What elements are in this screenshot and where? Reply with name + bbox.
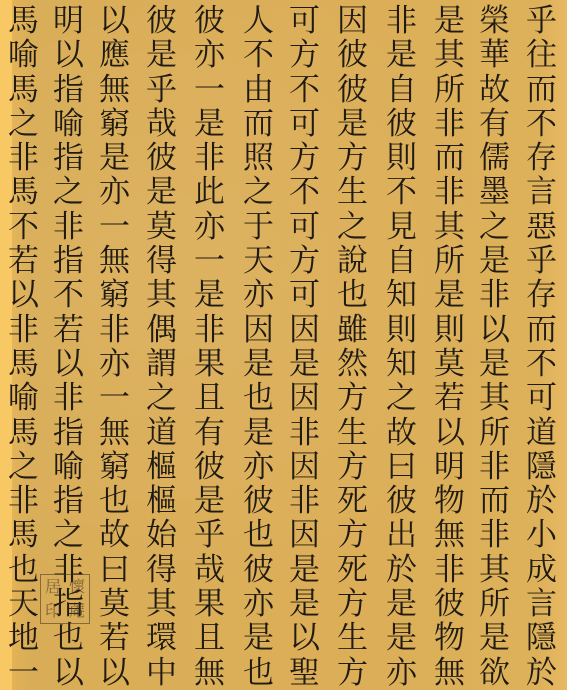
glyph: 說 bbox=[337, 244, 368, 278]
glyph: 以 bbox=[99, 4, 130, 38]
glyph: 有 bbox=[194, 416, 225, 450]
glyph: 亦 bbox=[386, 656, 417, 690]
glyph: 以 bbox=[99, 656, 130, 690]
glyph: 不 bbox=[526, 107, 557, 141]
glyph: 可 bbox=[526, 381, 557, 415]
glyph: 是 bbox=[386, 621, 417, 655]
glyph: 所 bbox=[479, 587, 510, 621]
glyph: 一 bbox=[99, 381, 130, 415]
glyph: 也 bbox=[243, 518, 274, 552]
glyph: 聖 bbox=[289, 656, 320, 690]
glyph: 明 bbox=[53, 4, 84, 38]
glyph: 彼 bbox=[337, 73, 368, 107]
glyph: 故 bbox=[386, 416, 417, 450]
glyph: 樞 bbox=[146, 450, 177, 484]
glyph: 無 bbox=[99, 416, 130, 450]
glyph: 窮 bbox=[99, 278, 130, 312]
glyph: 是 bbox=[386, 587, 417, 621]
glyph: 生 bbox=[337, 621, 368, 655]
glyph: 莫 bbox=[146, 210, 177, 244]
glyph: 故 bbox=[479, 73, 510, 107]
glyph: 非 bbox=[479, 518, 510, 552]
glyph: 所 bbox=[479, 416, 510, 450]
glyph: 而 bbox=[526, 313, 557, 347]
glyph: 知 bbox=[386, 347, 417, 381]
glyph: 是 bbox=[194, 107, 225, 141]
glyph: 知 bbox=[386, 278, 417, 312]
glyph: 樞 bbox=[146, 484, 177, 518]
glyph: 其 bbox=[146, 278, 177, 312]
glyph: 謂 bbox=[146, 347, 177, 381]
glyph: 乎 bbox=[146, 73, 177, 107]
glyph: 馬 bbox=[8, 416, 39, 450]
glyph: 非 bbox=[434, 107, 465, 141]
glyph: 之 bbox=[8, 107, 39, 141]
glyph: 非 bbox=[386, 4, 417, 38]
glyph: 是 bbox=[479, 621, 510, 655]
glyph: 於 bbox=[526, 484, 557, 518]
glyph: 照 bbox=[243, 141, 274, 175]
glyph: 且 bbox=[194, 621, 225, 655]
glyph: 喻 bbox=[53, 450, 84, 484]
glyph: 人 bbox=[243, 4, 274, 38]
text-column: 馬喻馬之非馬不若以非馬喻馬之非馬也天地一 bbox=[8, 4, 39, 690]
glyph: 不 bbox=[386, 175, 417, 209]
glyph: 非 bbox=[434, 175, 465, 209]
glyph: 非 bbox=[194, 141, 225, 175]
glyph: 是 bbox=[289, 347, 320, 381]
glyph: 隱 bbox=[526, 450, 557, 484]
glyph: 彼 bbox=[434, 587, 465, 621]
glyph: 非 bbox=[479, 278, 510, 312]
glyph: 非 bbox=[194, 313, 225, 347]
glyph: 馬 bbox=[8, 175, 39, 209]
glyph: 不 bbox=[526, 347, 557, 381]
glyph: 以 bbox=[53, 38, 84, 72]
glyph: 是 bbox=[386, 38, 417, 72]
glyph: 應 bbox=[99, 38, 130, 72]
glyph: 無 bbox=[434, 656, 465, 690]
glyph: 乎 bbox=[194, 518, 225, 552]
glyph: 因 bbox=[243, 313, 274, 347]
glyph: 窮 bbox=[99, 450, 130, 484]
glyph: 有 bbox=[479, 107, 510, 141]
seal-char: 蓭 bbox=[65, 599, 89, 623]
glyph: 是 bbox=[146, 38, 177, 72]
glyph: 非 bbox=[289, 484, 320, 518]
text-column: 因彼彼是方生之說也雖然方生方死方死方生方 bbox=[337, 4, 368, 690]
glyph: 之 bbox=[337, 210, 368, 244]
glyph: 因 bbox=[289, 381, 320, 415]
glyph: 生 bbox=[337, 175, 368, 209]
glyph: 莫 bbox=[434, 347, 465, 381]
glyph: 馬 bbox=[8, 4, 39, 38]
glyph: 方 bbox=[337, 587, 368, 621]
glyph: 是 bbox=[194, 484, 225, 518]
glyph: 若 bbox=[8, 244, 39, 278]
glyph: 以 bbox=[479, 313, 510, 347]
glyph: 哉 bbox=[194, 553, 225, 587]
glyph: 果 bbox=[194, 347, 225, 381]
glyph: 以 bbox=[434, 416, 465, 450]
glyph: 馬 bbox=[8, 73, 39, 107]
glyph: 所 bbox=[434, 73, 465, 107]
glyph: 彼 bbox=[386, 484, 417, 518]
glyph: 成 bbox=[526, 553, 557, 587]
glyph: 不 bbox=[243, 38, 274, 72]
glyph: 其 bbox=[434, 210, 465, 244]
glyph: 之 bbox=[146, 381, 177, 415]
glyph: 亦 bbox=[243, 450, 274, 484]
glyph: 無 bbox=[434, 518, 465, 552]
glyph: 若 bbox=[53, 313, 84, 347]
glyph: 不 bbox=[8, 210, 39, 244]
glyph: 亦 bbox=[194, 210, 225, 244]
glyph: 一 bbox=[194, 244, 225, 278]
glyph: 之 bbox=[386, 381, 417, 415]
glyph: 非 bbox=[289, 416, 320, 450]
glyph: 一 bbox=[194, 73, 225, 107]
glyph: 之 bbox=[53, 175, 84, 209]
glyph: 若 bbox=[99, 621, 130, 655]
glyph: 於 bbox=[386, 553, 417, 587]
glyph: 環 bbox=[146, 621, 177, 655]
glyph: 是 bbox=[243, 621, 274, 655]
glyph: 其 bbox=[146, 587, 177, 621]
glyph: 死 bbox=[337, 553, 368, 587]
glyph: 窮 bbox=[99, 107, 130, 141]
glyph: 所 bbox=[434, 244, 465, 278]
glyph: 道 bbox=[146, 416, 177, 450]
glyph: 明 bbox=[434, 450, 465, 484]
glyph: 自 bbox=[386, 244, 417, 278]
glyph: 彼 bbox=[243, 484, 274, 518]
glyph: 死 bbox=[337, 484, 368, 518]
glyph: 非 bbox=[434, 553, 465, 587]
glyph: 存 bbox=[526, 278, 557, 312]
glyph: 方 bbox=[289, 244, 320, 278]
glyph: 也 bbox=[99, 484, 130, 518]
glyph: 是 bbox=[146, 175, 177, 209]
glyph: 于 bbox=[243, 210, 274, 244]
glyph: 中 bbox=[146, 656, 177, 690]
glyph: 出 bbox=[386, 518, 417, 552]
glyph: 雖 bbox=[337, 313, 368, 347]
text-column: 是其所非而非其所是則莫若以明物無非彼物無 bbox=[434, 4, 465, 690]
glyph: 物 bbox=[434, 484, 465, 518]
glyph: 得 bbox=[146, 244, 177, 278]
glyph: 乎 bbox=[526, 4, 557, 38]
glyph: 非 bbox=[8, 484, 39, 518]
glyph: 亦 bbox=[243, 278, 274, 312]
glyph: 亦 bbox=[243, 587, 274, 621]
glyph: 生 bbox=[337, 416, 368, 450]
glyph: 而 bbox=[479, 484, 510, 518]
glyph: 是 bbox=[479, 244, 510, 278]
glyph: 亦 bbox=[99, 175, 130, 209]
glyph: 其 bbox=[434, 38, 465, 72]
glyph: 方 bbox=[289, 38, 320, 72]
glyph: 方 bbox=[337, 656, 368, 690]
glyph: 是 bbox=[99, 141, 130, 175]
glyph: 之 bbox=[479, 210, 510, 244]
glyph: 於 bbox=[526, 656, 557, 690]
glyph: 言 bbox=[526, 587, 557, 621]
glyph: 則 bbox=[386, 313, 417, 347]
glyph: 而 bbox=[526, 73, 557, 107]
collector-seal: 居 懷 印 蓭 bbox=[40, 574, 90, 624]
glyph: 地 bbox=[8, 621, 39, 655]
glyph: 可 bbox=[289, 4, 320, 38]
glyph: 若 bbox=[434, 381, 465, 415]
text-column: 可方不可方不可方可因是因非因非因是是以聖 bbox=[289, 4, 320, 690]
glyph: 也 bbox=[243, 656, 274, 690]
glyph: 喻 bbox=[8, 381, 39, 415]
glyph: 言 bbox=[526, 175, 557, 209]
glyph: 可 bbox=[289, 210, 320, 244]
text-column: 榮華故有儒墨之是非以是其所非而非其所是欲 bbox=[479, 4, 510, 690]
glyph: 墨 bbox=[479, 175, 510, 209]
glyph: 彼 bbox=[386, 107, 417, 141]
glyph: 其 bbox=[479, 381, 510, 415]
glyph: 彼 bbox=[194, 4, 225, 38]
glyph: 因 bbox=[289, 450, 320, 484]
glyph: 指 bbox=[53, 416, 84, 450]
glyph: 華 bbox=[479, 38, 510, 72]
glyph: 馬 bbox=[8, 518, 39, 552]
glyph: 非 bbox=[53, 381, 84, 415]
glyph: 因 bbox=[337, 4, 368, 38]
glyph: 不 bbox=[53, 278, 84, 312]
glyph: 指 bbox=[53, 244, 84, 278]
glyph: 是 bbox=[337, 107, 368, 141]
glyph: 是 bbox=[289, 587, 320, 621]
glyph: 喻 bbox=[8, 38, 39, 72]
glyph: 小 bbox=[526, 518, 557, 552]
text-column: 以應無窮是亦一無窮非亦一無窮也故曰莫若以 bbox=[99, 4, 130, 690]
glyph: 則 bbox=[434, 313, 465, 347]
glyph: 莫 bbox=[99, 587, 130, 621]
glyph: 物 bbox=[434, 621, 465, 655]
glyph: 也 bbox=[53, 621, 84, 655]
glyph: 也 bbox=[337, 278, 368, 312]
glyph: 是 bbox=[194, 278, 225, 312]
seal-char: 居 bbox=[41, 575, 65, 599]
glyph: 彼 bbox=[146, 4, 177, 38]
seal-char: 懷 bbox=[65, 575, 89, 599]
glyph: 曰 bbox=[99, 553, 130, 587]
glyph: 非 bbox=[53, 210, 84, 244]
glyph: 惡 bbox=[526, 210, 557, 244]
glyph: 果 bbox=[194, 587, 225, 621]
glyph: 非 bbox=[99, 313, 130, 347]
glyph: 此 bbox=[194, 175, 225, 209]
glyph: 往 bbox=[526, 38, 557, 72]
glyph: 可 bbox=[289, 278, 320, 312]
glyph: 是 bbox=[479, 347, 510, 381]
glyph: 哉 bbox=[146, 107, 177, 141]
glyph: 方 bbox=[337, 518, 368, 552]
glyph: 非 bbox=[8, 313, 39, 347]
glyph: 非 bbox=[8, 141, 39, 175]
glyph: 然 bbox=[337, 347, 368, 381]
glyph: 也 bbox=[8, 553, 39, 587]
glyph: 故 bbox=[99, 518, 130, 552]
glyph: 天 bbox=[243, 244, 274, 278]
glyph: 不 bbox=[289, 73, 320, 107]
glyph: 彼 bbox=[194, 450, 225, 484]
glyph: 之 bbox=[8, 450, 39, 484]
text-column: 乎往而不存言惡乎存而不可道隱於小成言隱於 bbox=[526, 4, 557, 690]
glyph: 是 bbox=[289, 553, 320, 587]
glyph: 方 bbox=[337, 141, 368, 175]
glyph: 始 bbox=[146, 518, 177, 552]
text-column: 彼亦一是非此亦一是非果且有彼是乎哉果且無 bbox=[194, 4, 225, 690]
glyph: 無 bbox=[99, 73, 130, 107]
glyph: 一 bbox=[99, 210, 130, 244]
glyph: 方 bbox=[337, 381, 368, 415]
glyph: 是 bbox=[243, 416, 274, 450]
glyph: 無 bbox=[99, 244, 130, 278]
glyph: 也 bbox=[243, 381, 274, 415]
glyph: 方 bbox=[289, 141, 320, 175]
glyph: 是 bbox=[243, 347, 274, 381]
glyph: 榮 bbox=[479, 4, 510, 38]
text-column: 非是自彼則不見自知則知之故曰彼出於是是亦 bbox=[386, 4, 417, 690]
glyph: 可 bbox=[289, 107, 320, 141]
glyph: 乎 bbox=[526, 244, 557, 278]
glyph: 自 bbox=[386, 73, 417, 107]
glyph: 彼 bbox=[243, 553, 274, 587]
glyph: 則 bbox=[386, 141, 417, 175]
glyph: 以 bbox=[289, 621, 320, 655]
glyph: 而 bbox=[243, 107, 274, 141]
glyph: 亦 bbox=[194, 38, 225, 72]
glyph: 欲 bbox=[479, 656, 510, 690]
glyph: 天 bbox=[8, 587, 39, 621]
seal-char: 印 bbox=[41, 599, 65, 623]
glyph: 之 bbox=[243, 175, 274, 209]
glyph: 而 bbox=[434, 141, 465, 175]
glyph: 彼 bbox=[146, 141, 177, 175]
glyph: 指 bbox=[53, 484, 84, 518]
glyph: 指 bbox=[53, 73, 84, 107]
glyph: 見 bbox=[386, 210, 417, 244]
text-column: 彼是乎哉彼是莫得其偶謂之道樞樞始得其環中 bbox=[146, 4, 177, 690]
glyph: 喻 bbox=[53, 107, 84, 141]
glyph: 曰 bbox=[386, 450, 417, 484]
glyph: 因 bbox=[289, 313, 320, 347]
glyph: 以 bbox=[53, 656, 84, 690]
glyph: 非 bbox=[479, 450, 510, 484]
glyph: 無 bbox=[194, 656, 225, 690]
glyph: 偶 bbox=[146, 313, 177, 347]
glyph: 方 bbox=[337, 450, 368, 484]
glyph: 存 bbox=[526, 141, 557, 175]
glyph: 道 bbox=[526, 416, 557, 450]
glyph: 彼 bbox=[337, 38, 368, 72]
glyph: 儒 bbox=[479, 141, 510, 175]
glyph: 是 bbox=[434, 4, 465, 38]
text-column: 人不由而照之于天亦因是也是亦彼也彼亦是也 bbox=[243, 4, 274, 690]
glyph: 其 bbox=[479, 553, 510, 587]
glyph: 隱 bbox=[526, 621, 557, 655]
glyph: 不 bbox=[289, 175, 320, 209]
glyph: 且 bbox=[194, 381, 225, 415]
glyph: 以 bbox=[53, 347, 84, 381]
glyph: 一 bbox=[8, 656, 39, 690]
glyph: 馬 bbox=[8, 347, 39, 381]
glyph: 由 bbox=[243, 73, 274, 107]
glyph: 之 bbox=[53, 518, 84, 552]
glyph: 亦 bbox=[99, 347, 130, 381]
glyph: 得 bbox=[146, 553, 177, 587]
glyph: 指 bbox=[53, 141, 84, 175]
glyph: 因 bbox=[289, 518, 320, 552]
glyph: 是 bbox=[434, 278, 465, 312]
glyph: 以 bbox=[8, 278, 39, 312]
